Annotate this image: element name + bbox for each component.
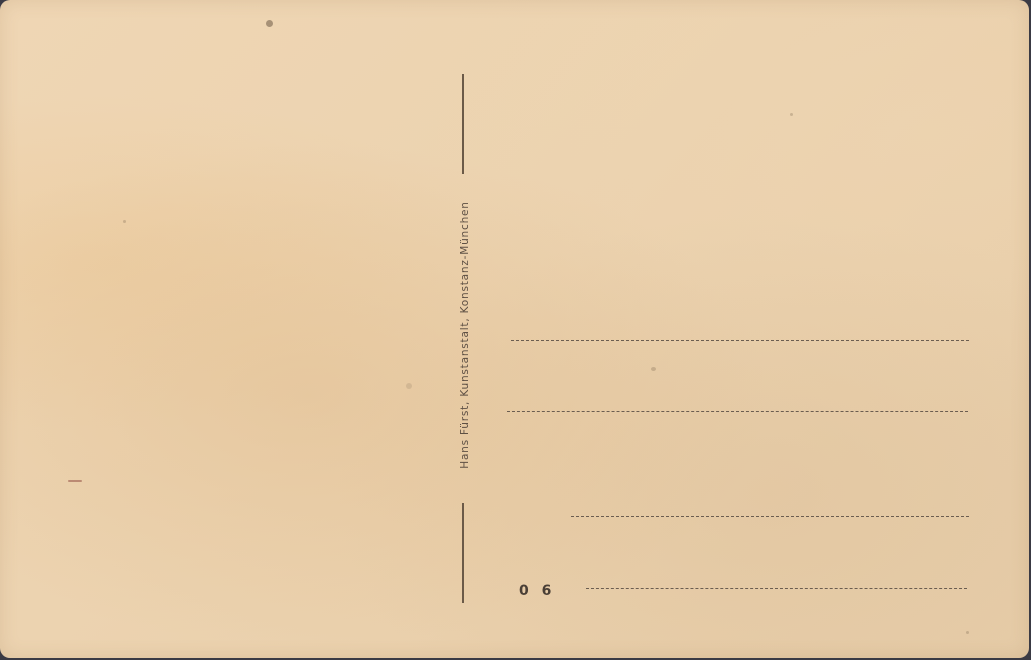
publisher-imprint: Hans Fürst, Kunstanstalt, Konstanz-Münch… — [459, 201, 471, 469]
address-line-4[interactable] — [586, 588, 967, 589]
stain-speck — [68, 480, 82, 482]
address-line-1[interactable] — [511, 340, 969, 341]
card-number: 0 6 — [519, 583, 555, 599]
stain-speck — [966, 631, 969, 634]
address-line-2[interactable] — [507, 411, 968, 412]
stain-speck — [123, 220, 126, 223]
stain-speck — [266, 20, 273, 27]
address-line-3[interactable] — [571, 516, 969, 517]
divider-line-top — [462, 74, 464, 174]
stain-speck — [406, 383, 412, 389]
postcard-back: Hans Fürst, Kunstanstalt, Konstanz-Münch… — [0, 0, 1029, 658]
stain-speck — [790, 113, 793, 116]
divider-line-bottom — [462, 503, 464, 603]
stain-speck — [651, 367, 656, 371]
